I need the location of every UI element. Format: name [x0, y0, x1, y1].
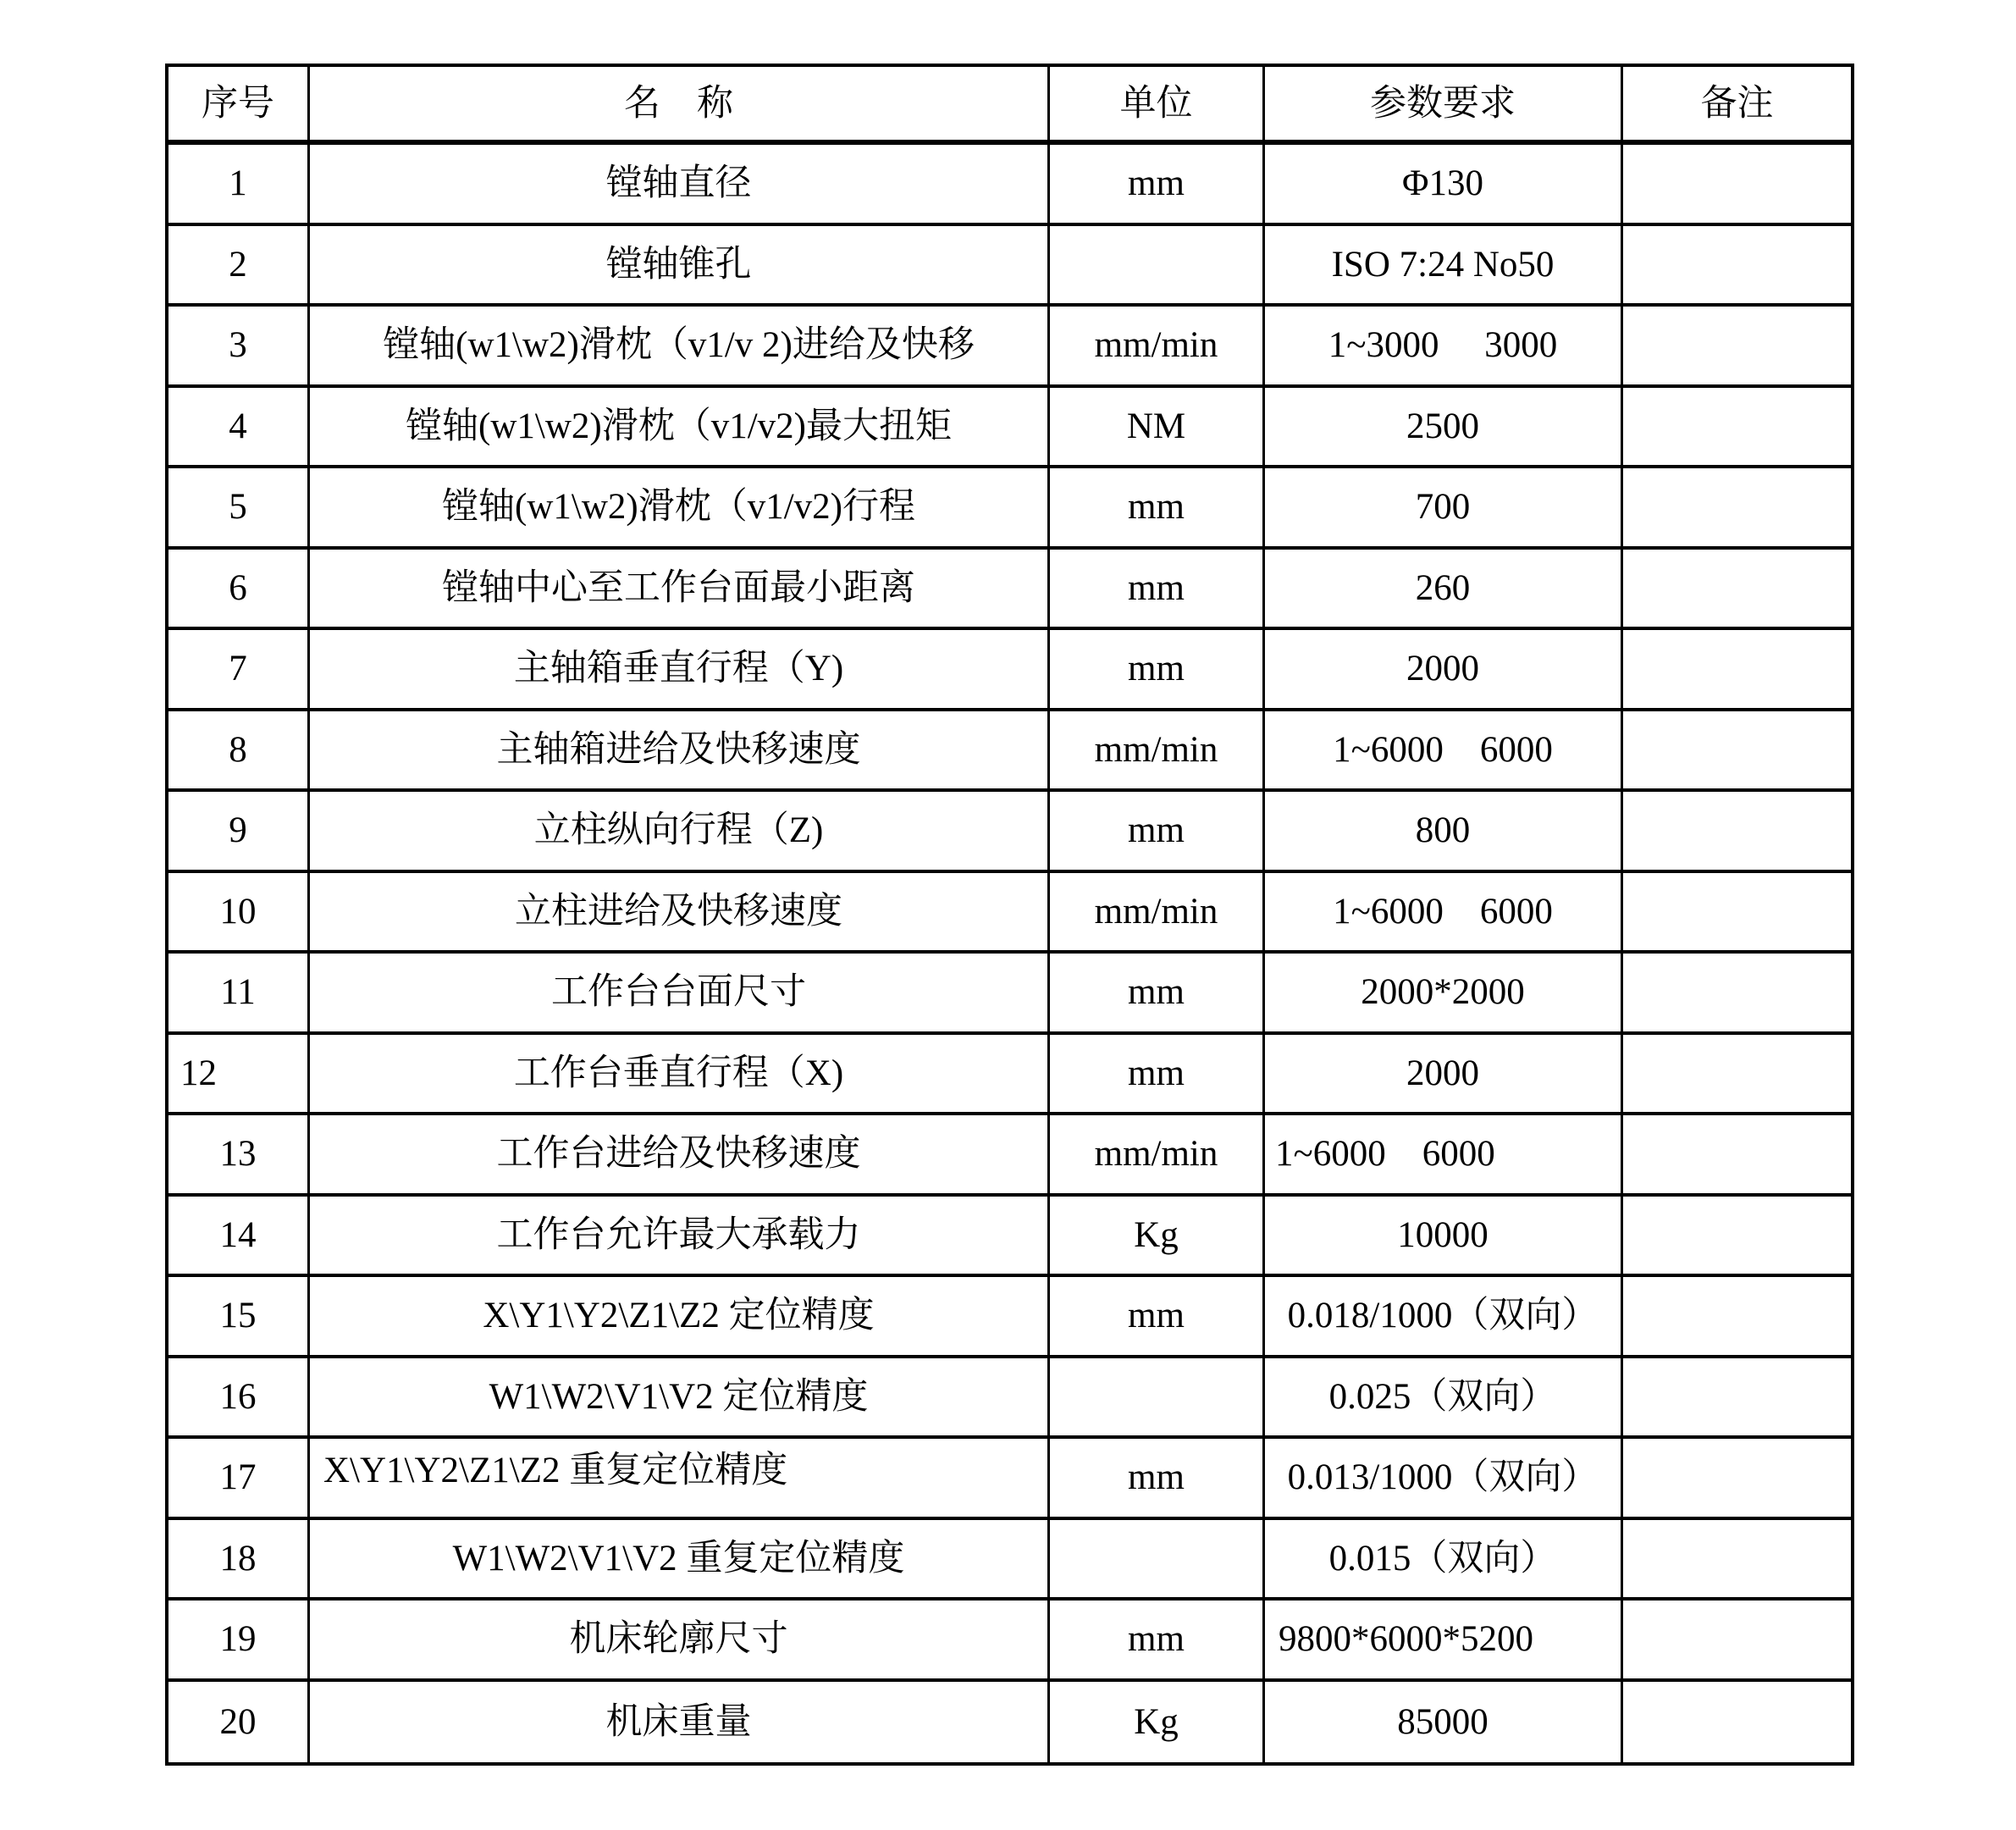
row-number-cell: 18	[168, 1520, 310, 1601]
param-name-cell: X\Y1\Y2\Z1\Z2 重复定位精度	[310, 1439, 1050, 1520]
param-value-cell: Φ130	[1265, 145, 1623, 226]
param-name-cell: 镗轴直径	[310, 145, 1050, 226]
param-remark-cell	[1623, 954, 1851, 1035]
param-name-cell: 立柱纵向行程（Z)	[310, 792, 1050, 873]
param-value-cell: 0.025（双向）	[1265, 1358, 1623, 1440]
table-row: 8 主轴箱进给及快移速度 mm/min 1~6000 6000	[168, 711, 1851, 793]
table-row: 3 镗轴(w1\w2)滑枕（v1/v 2)进给及快移 mm/min 1~3000…	[168, 307, 1851, 388]
param-name-cell: 机床轮廓尺寸	[310, 1601, 1050, 1682]
param-name-cell: 镗轴锥孔	[310, 226, 1050, 307]
param-value-cell: 1~6000 6000	[1265, 711, 1623, 793]
table-row: 2 镗轴锥孔 ISO 7:24 No50	[168, 226, 1851, 307]
table-row: 4 镗轴(w1\w2)滑枕（v1/v2)最大扭矩 NM 2500	[168, 388, 1851, 469]
param-unit-cell: mm	[1050, 550, 1265, 631]
param-name-cell: 工作台台面尺寸	[310, 954, 1050, 1035]
param-value-cell: 10000	[1265, 1197, 1623, 1278]
param-unit-cell	[1050, 226, 1265, 307]
row-number-cell: 6	[168, 550, 310, 631]
row-number-cell: 10	[168, 873, 310, 954]
row-number-cell: 3	[168, 307, 310, 388]
param-name-cell: X\Y1\Y2\Z1\Z2 定位精度	[310, 1277, 1050, 1358]
row-number-cell: 8	[168, 711, 310, 793]
param-unit-cell: mm	[1050, 1035, 1265, 1116]
table-row: 9 立柱纵向行程（Z) mm 800	[168, 792, 1851, 873]
param-remark-cell	[1623, 1197, 1851, 1278]
table-row: 11 工作台台面尺寸 mm 2000*2000	[168, 954, 1851, 1035]
param-value-cell: ISO 7:24 No50	[1265, 226, 1623, 307]
param-value-cell: 2500	[1265, 388, 1623, 469]
param-value-cell: 2000*2000	[1265, 954, 1623, 1035]
param-unit-cell: mm/min	[1050, 873, 1265, 954]
table-row: 19 机床轮廓尺寸 mm 9800*6000*5200	[168, 1601, 1851, 1682]
param-remark-cell	[1623, 1035, 1851, 1116]
param-name-cell: 镗轴(w1\w2)滑枕（v1/v2)行程	[310, 468, 1050, 550]
param-unit-cell: mm	[1050, 1277, 1265, 1358]
param-unit-cell: mm	[1050, 468, 1265, 550]
row-number-cell: 13	[168, 1115, 310, 1197]
param-remark-cell	[1623, 226, 1851, 307]
param-remark-cell	[1623, 1115, 1851, 1197]
param-remark-cell	[1623, 711, 1851, 793]
param-name-cell: 主轴箱垂直行程（Y)	[310, 630, 1050, 711]
param-unit-cell: mm/min	[1050, 1115, 1265, 1197]
param-remark-cell	[1623, 550, 1851, 631]
param-remark-cell	[1623, 1277, 1851, 1358]
param-remark-cell	[1623, 307, 1851, 388]
param-value-cell: 260	[1265, 550, 1623, 631]
param-value-cell: 85000	[1265, 1682, 1623, 1763]
col-header-index: 序号	[168, 67, 310, 145]
param-remark-cell	[1623, 1358, 1851, 1440]
param-value-cell: 1~6000 6000	[1265, 873, 1623, 954]
row-number-cell: 9	[168, 792, 310, 873]
param-unit-cell: mm	[1050, 954, 1265, 1035]
param-name-cell: W1\W2\V1\V2 定位精度	[310, 1358, 1050, 1440]
param-value-cell: 0.018/1000（双向）	[1265, 1277, 1623, 1358]
param-value-cell: 800	[1265, 792, 1623, 873]
param-unit-cell: Kg	[1050, 1197, 1265, 1278]
param-name-cell: 镗轴中心至工作台面最小距离	[310, 550, 1050, 631]
row-number-cell: 4	[168, 388, 310, 469]
table-row: 14 工作台允许最大承载力 Kg 10000	[168, 1197, 1851, 1278]
spec-table: 序号 名 称 单位 参数要求 备注 1 镗轴直径 mm Φ130 2 镗轴锥孔 …	[165, 64, 1854, 1766]
table-row: 6 镗轴中心至工作台面最小距离 mm 260	[168, 550, 1851, 631]
table-row: 13 工作台进给及快移速度 mm/min 1~6000 6000	[168, 1115, 1851, 1197]
row-number-cell: 2	[168, 226, 310, 307]
table-row: 1 镗轴直径 mm Φ130	[168, 145, 1851, 226]
row-number-cell: 11	[168, 954, 310, 1035]
param-unit-cell: mm	[1050, 792, 1265, 873]
col-header-remark: 备注	[1623, 67, 1851, 145]
param-name-cell: 立柱进给及快移速度	[310, 873, 1050, 954]
table-row: 16 W1\W2\V1\V2 定位精度 0.025（双向）	[168, 1358, 1851, 1440]
row-number-cell: 12	[168, 1035, 310, 1116]
param-unit-cell	[1050, 1520, 1265, 1601]
param-unit-cell: mm	[1050, 145, 1265, 226]
param-unit-cell	[1050, 1358, 1265, 1440]
param-value-cell: 9800*6000*5200	[1265, 1601, 1623, 1682]
param-value-cell: 1~3000 3000	[1265, 307, 1623, 388]
table-row: 12 工作台垂直行程（X) mm 2000	[168, 1035, 1851, 1116]
row-number-cell: 15	[168, 1277, 310, 1358]
table-row: 7 主轴箱垂直行程（Y) mm 2000	[168, 630, 1851, 711]
param-value-cell: 2000	[1265, 630, 1623, 711]
param-value-cell: 2000	[1265, 1035, 1623, 1116]
param-remark-cell	[1623, 1439, 1851, 1520]
row-number-cell: 14	[168, 1197, 310, 1278]
row-number-cell: 7	[168, 630, 310, 711]
param-remark-cell	[1623, 792, 1851, 873]
row-number-cell: 17	[168, 1439, 310, 1520]
col-header-name: 名 称	[310, 67, 1050, 145]
row-number-cell: 5	[168, 468, 310, 550]
param-name-cell: 镗轴(w1\w2)滑枕（v1/v 2)进给及快移	[310, 307, 1050, 388]
param-remark-cell	[1623, 630, 1851, 711]
param-name-cell: W1\W2\V1\V2 重复定位精度	[310, 1520, 1050, 1601]
param-remark-cell	[1623, 388, 1851, 469]
param-value-cell: 0.013/1000（双向）	[1265, 1439, 1623, 1520]
table-header-row: 序号 名 称 单位 参数要求 备注	[168, 67, 1851, 145]
table-row: 10 立柱进给及快移速度 mm/min 1~6000 6000	[168, 873, 1851, 954]
param-remark-cell	[1623, 468, 1851, 550]
param-unit-cell: mm	[1050, 1439, 1265, 1520]
param-remark-cell	[1623, 1682, 1851, 1763]
table-row: 18 W1\W2\V1\V2 重复定位精度 0.015（双向）	[168, 1520, 1851, 1601]
param-value-cell: 700	[1265, 468, 1623, 550]
param-value-cell: 0.015（双向）	[1265, 1520, 1623, 1601]
param-remark-cell	[1623, 873, 1851, 954]
table-row: 15 X\Y1\Y2\Z1\Z2 定位精度 mm 0.018/1000（双向）	[168, 1277, 1851, 1358]
row-number-cell: 19	[168, 1601, 310, 1682]
param-name-cell: 工作台进给及快移速度	[310, 1115, 1050, 1197]
param-value-cell: 1~6000 6000	[1265, 1115, 1623, 1197]
param-name-cell: 工作台允许最大承载力	[310, 1197, 1050, 1278]
row-number-cell: 16	[168, 1358, 310, 1440]
param-unit-cell: mm	[1050, 1601, 1265, 1682]
param-remark-cell	[1623, 1601, 1851, 1682]
param-unit-cell: mm	[1050, 630, 1265, 711]
param-unit-cell: mm/min	[1050, 711, 1265, 793]
param-unit-cell: mm/min	[1050, 307, 1265, 388]
param-name-cell: 机床重量	[310, 1682, 1050, 1763]
param-name-cell: 工作台垂直行程（X)	[310, 1035, 1050, 1116]
col-header-requirement: 参数要求	[1265, 67, 1623, 145]
table-row: 20 机床重量 Kg 85000	[168, 1682, 1851, 1763]
param-remark-cell	[1623, 145, 1851, 226]
table-row: 17 X\Y1\Y2\Z1\Z2 重复定位精度 mm 0.013/1000（双向…	[168, 1439, 1851, 1520]
row-number-cell: 1	[168, 145, 310, 226]
table-row: 5 镗轴(w1\w2)滑枕（v1/v2)行程 mm 700	[168, 468, 1851, 550]
param-remark-cell	[1623, 1520, 1851, 1601]
param-name-cell: 镗轴(w1\w2)滑枕（v1/v2)最大扭矩	[310, 388, 1050, 469]
col-header-unit: 单位	[1050, 67, 1265, 145]
row-number-cell: 20	[168, 1682, 310, 1763]
param-unit-cell: NM	[1050, 388, 1265, 469]
param-name-cell: 主轴箱进给及快移速度	[310, 711, 1050, 793]
param-unit-cell: Kg	[1050, 1682, 1265, 1763]
